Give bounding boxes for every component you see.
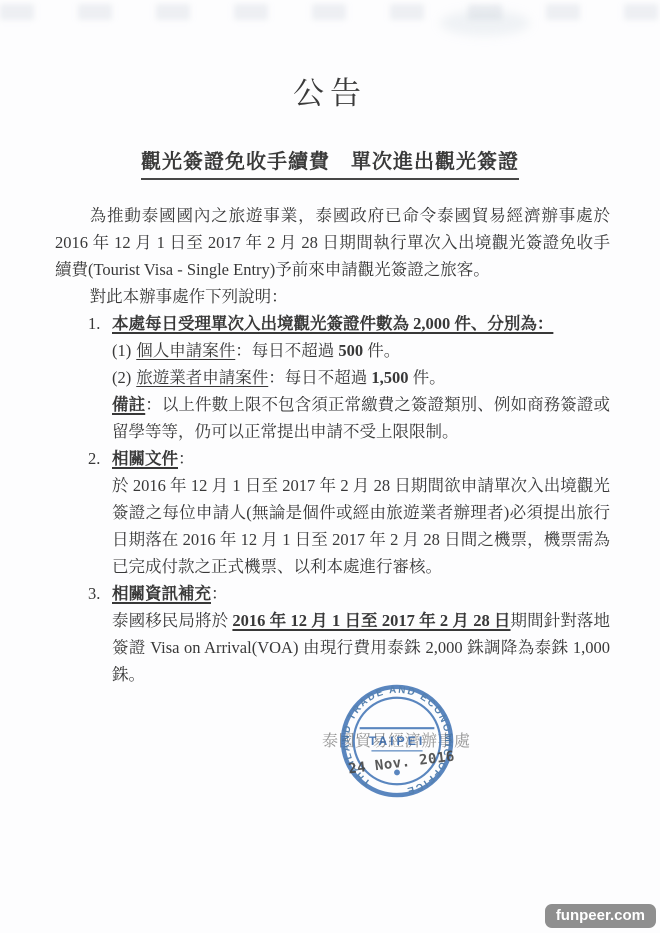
scanner-smudge — [440, 10, 530, 36]
scanner-noise-band — [0, 4, 660, 20]
document-body: 為推動泰國國內之旅遊事業，泰國政府已命令泰國貿易經濟辦事處於 2016 年 12… — [55, 202, 610, 688]
office-stamp-seal-icon: THAILAND TRADE AND ECONOMIC OFFICE TAIPE… — [338, 682, 456, 800]
lead-in-line: 對此本辦事處作下列說明： — [55, 283, 610, 310]
item-3-body: 泰國移民局將於 2016 年 12 月 1 日至 2017 年 2 月 28 日… — [112, 607, 610, 688]
item-1-heading: 本處每日受理單次入出境觀光簽證件數為 2,000 件、分別為： — [112, 310, 610, 337]
item-1-number: 1. — [88, 310, 100, 337]
document-subtitle: 觀光簽證免收手續費 單次進出觀光簽證 — [141, 145, 519, 180]
subtitle-row: 觀光簽證免收手續費 單次進出觀光簽證 — [0, 145, 660, 180]
list-item-3: 3. 相關資訊補充： 泰國移民局將於 2016 年 12 月 1 日至 2017… — [55, 580, 610, 688]
intro-paragraph: 為推動泰國國內之旅遊事業，泰國政府已命令泰國貿易經濟辦事處於 2016 年 12… — [55, 202, 610, 283]
item-2-body: 於 2016 年 12 月 1 日至 2017 年 2 月 28 日期間欲申請單… — [112, 472, 610, 580]
stamp-center-text: TAIPEI — [369, 734, 425, 748]
item-1-note: 備註：以上件數上限不包含須正常繳費之簽證類別、例如商務簽證或留學等等，仍可以正常… — [112, 391, 610, 445]
item-1-subitem-1: (1)個人申請案件：每日不超過 500 件。 — [112, 337, 610, 364]
watermark-badge: funpeer.com — [545, 904, 656, 928]
list-item-1: 1. 本處每日受理單次入出境觀光簽證件數為 2,000 件、分別為： (1)個人… — [55, 310, 610, 445]
list-item-2: 2. 相關文件： 於 2016 年 12 月 1 日至 2017 年 2 月 2… — [55, 445, 610, 580]
item-1-subitem-2: (2)旅遊業者申請案件：每日不超過 1,500 件。 — [112, 364, 610, 391]
signature-block: 泰國貿易經濟辦事處 THAILAND TRADE AND ECONOMIC OF… — [318, 682, 558, 817]
item-2-heading: 相關文件： — [112, 445, 610, 472]
item-2-number: 2. — [88, 445, 100, 472]
item-3-number: 3. — [88, 580, 100, 607]
scanned-announcement-page: 公告 觀光簽證免收手續費 單次進出觀光簽證 為推動泰國國內之旅遊事業，泰國政府已… — [0, 0, 660, 933]
item-3-heading: 相關資訊補充： — [112, 580, 610, 607]
